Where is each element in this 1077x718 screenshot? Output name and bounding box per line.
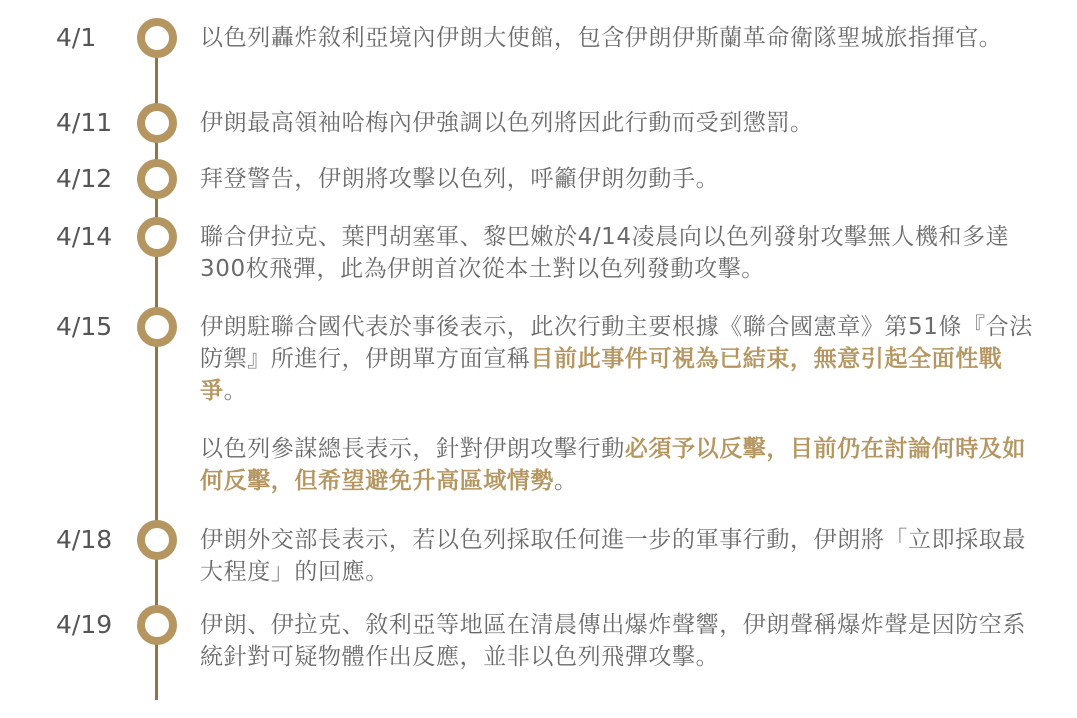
text-segment: 以色列參謀總長表示，針對伊朗攻擊行動 (200, 436, 625, 462)
text-segment: 。 (554, 468, 578, 494)
timeline-node-icon (137, 159, 177, 199)
text-segment: 伊朗最高領袖哈梅內伊強調以色列將因此行動而受到懲罰。 (200, 110, 814, 136)
event-description: 伊朗最高領袖哈梅內伊強調以色列將因此行動而受到懲罰。 (200, 107, 1040, 139)
event-date: 4/19 (56, 609, 112, 641)
paragraph-idf-statement: 以色列參謀總長表示，針對伊朗攻擊行動必須予以反擊，目前仍在討論何時及如何反擊，但… (200, 433, 1040, 497)
text-segment: 伊朗外交部長表示，若以色列採取任何進一步的軍事行動，伊朗將「立即採取最大程度」的… (200, 527, 1026, 585)
event-date: 4/18 (56, 524, 112, 556)
event-description: 伊朗外交部長表示，若以色列採取任何進一步的軍事行動，伊朗將「立即採取最大程度」的… (200, 524, 1040, 588)
event-description: 拜登警告，伊朗將攻擊以色列，呼籲伊朗勿動手。 (200, 163, 1040, 195)
text-segment: 拜登警告，伊朗將攻擊以色列，呼籲伊朗勿動手。 (200, 166, 719, 192)
text-segment: 。 (224, 378, 248, 404)
event-description: 伊朗、伊拉克、敘利亞等地區在清晨傳出爆炸聲響，伊朗聲稱爆炸聲是因防空系統針對可疑… (200, 609, 1040, 673)
timeline-node-icon (137, 307, 177, 347)
paragraph-un-statement: 伊朗駐聯合國代表於事後表示，此次行動主要根據《聯合國憲章》第51條『合法防禦』所… (200, 311, 1040, 407)
event-date: 4/12 (56, 163, 112, 195)
timeline-node-icon (137, 103, 177, 143)
event-description: 以色列轟炸敘利亞境內伊朗大使館，包含伊朗伊斯蘭革命衛隊聖城旅指揮官。 (200, 22, 1040, 54)
timeline-node-icon (137, 520, 177, 560)
event-date: 4/15 (56, 311, 112, 343)
event-description: 伊朗駐聯合國代表於事後表示，此次行動主要根據《聯合國憲章》第51條『合法防禦』所… (200, 311, 1040, 497)
text-segment: 伊朗、伊拉克、敘利亞等地區在清晨傳出爆炸聲響，伊朗聲稱爆炸聲是因防空系統針對可疑… (200, 612, 1026, 670)
event-date: 4/11 (56, 107, 112, 139)
timeline-node-icon (137, 217, 177, 257)
text-segment: 以色列轟炸敘利亞境內伊朗大使館，包含伊朗伊斯蘭革命衛隊聖城旅指揮官。 (200, 25, 1002, 51)
event-description: 聯合伊拉克、葉門胡塞軍、黎巴嫩於4/14凌晨向以色列發射攻擊無人機和多達300枚… (200, 221, 1040, 285)
timeline-node-icon (137, 18, 177, 58)
event-date: 4/1 (56, 22, 96, 54)
text-segment: 聯合伊拉克、葉門胡塞軍、黎巴嫩於4/14凌晨向以色列發射攻擊無人機和多達300枚… (200, 224, 1009, 282)
event-date: 4/14 (56, 221, 112, 253)
timeline-node-icon (137, 605, 177, 645)
